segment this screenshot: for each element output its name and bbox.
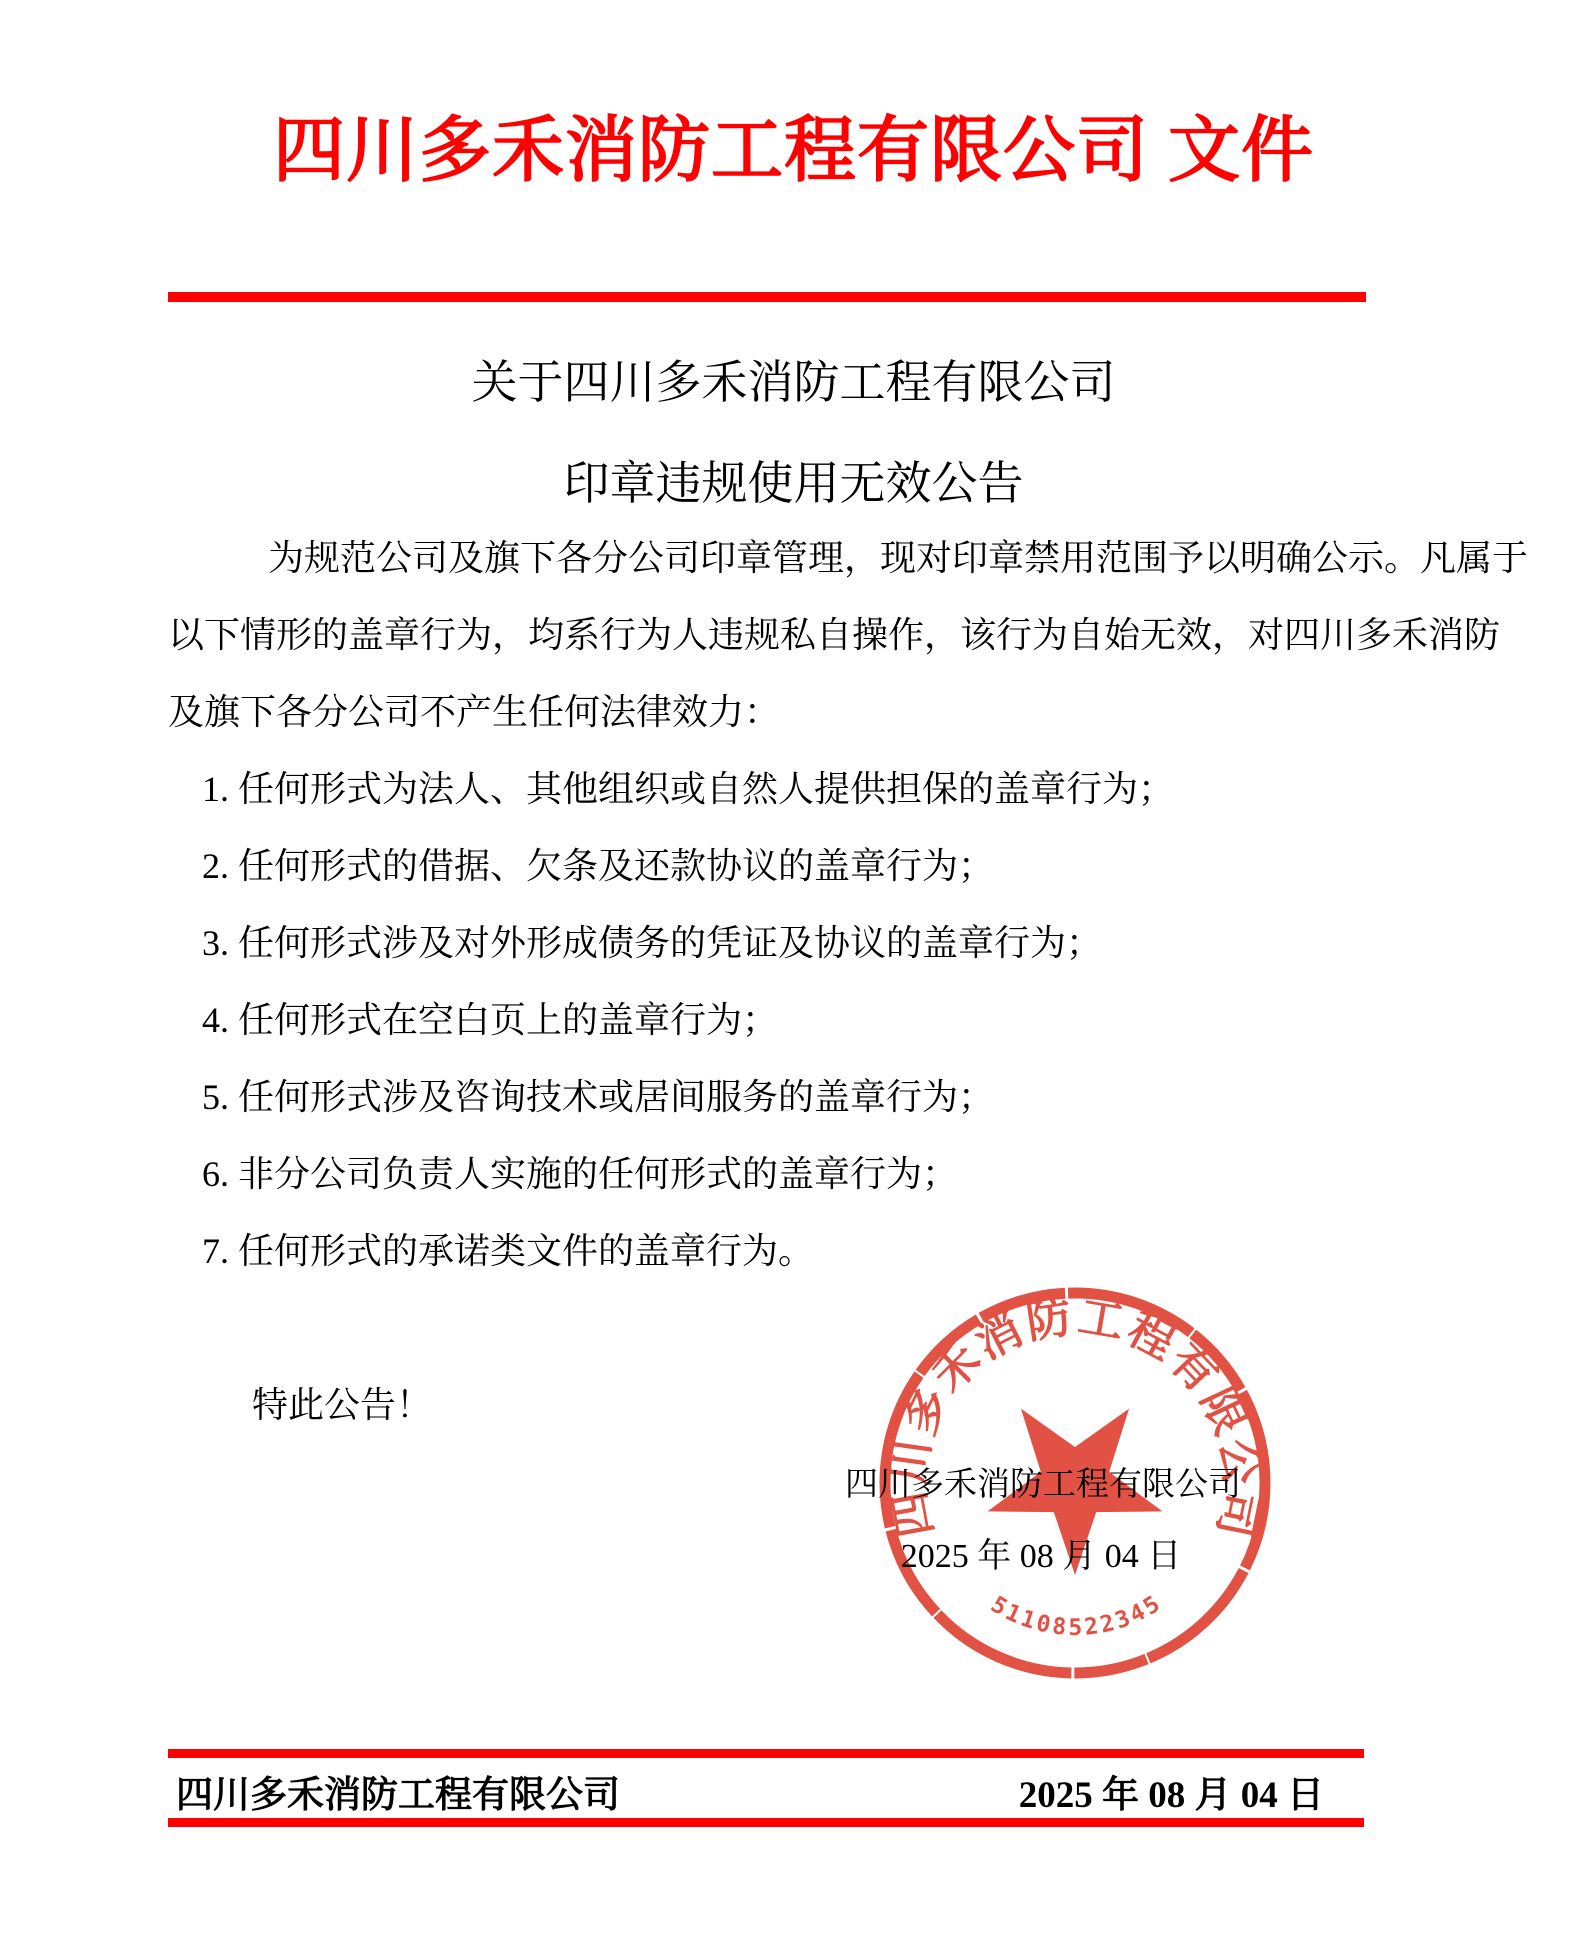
footer-divider-line-top [168,1749,1364,1758]
notice-item-3: 3. 任何形式涉及对外形成债务的凭证及协议的盖章行为； [168,905,1426,982]
document-page: 四川多禾消防工程有限公司 文件 关于四川多禾消防工程有限公司 印章违规使用无效公… [0,0,1587,1949]
notice-title-line2: 印章违规使用无效公告 [0,447,1587,513]
notice-title-line1: 关于四川多禾消防工程有限公司 [0,346,1587,412]
footer-company-name: 四川多禾消防工程有限公司 [176,1764,620,1818]
notice-item-6: 6. 非分公司负责人实施的任何形式的盖章行为； [168,1136,1426,1213]
notice-item-7: 7. 任何形式的承诺类文件的盖章行为。 [168,1213,1426,1290]
signature-company-name: 四川多禾消防工程有限公司 [743,1458,1343,1505]
notice-item-4: 4. 任何形式在空白页上的盖章行为； [168,982,1426,1059]
notice-item-5: 5. 任何形式涉及咨询技术或居间服务的盖章行为； [168,1059,1426,1136]
signature-date: 2025 年 08 月 04 日 [741,1528,1341,1577]
footer-divider-line-bottom [168,1818,1364,1827]
notice-item-1: 1. 任何形式为法人、其他组织或自然人提供担保的盖章行为； [168,751,1426,828]
notice-item-2: 2. 任何形式的借据、欠条及还款协议的盖章行为； [168,828,1426,905]
paragraph-line: 以下情形的盖章行为，均系行为人违规私自操作，该行为自始无效，对四川多禾消防 [168,597,1426,674]
letterhead-divider-line [168,292,1366,302]
red-letterhead-title: 四川多禾消防工程有限公司 文件 [0,92,1587,196]
paragraph-line: 为规范公司及旗下各分公司印章管理，现对印章禁用范围予以明确公示。凡属于 [168,520,1426,597]
footer-date: 2025 年 08 月 04 日 [1019,1764,1324,1818]
paragraph-line: 及旗下各分公司不产生任何法律效力： [168,674,1426,751]
